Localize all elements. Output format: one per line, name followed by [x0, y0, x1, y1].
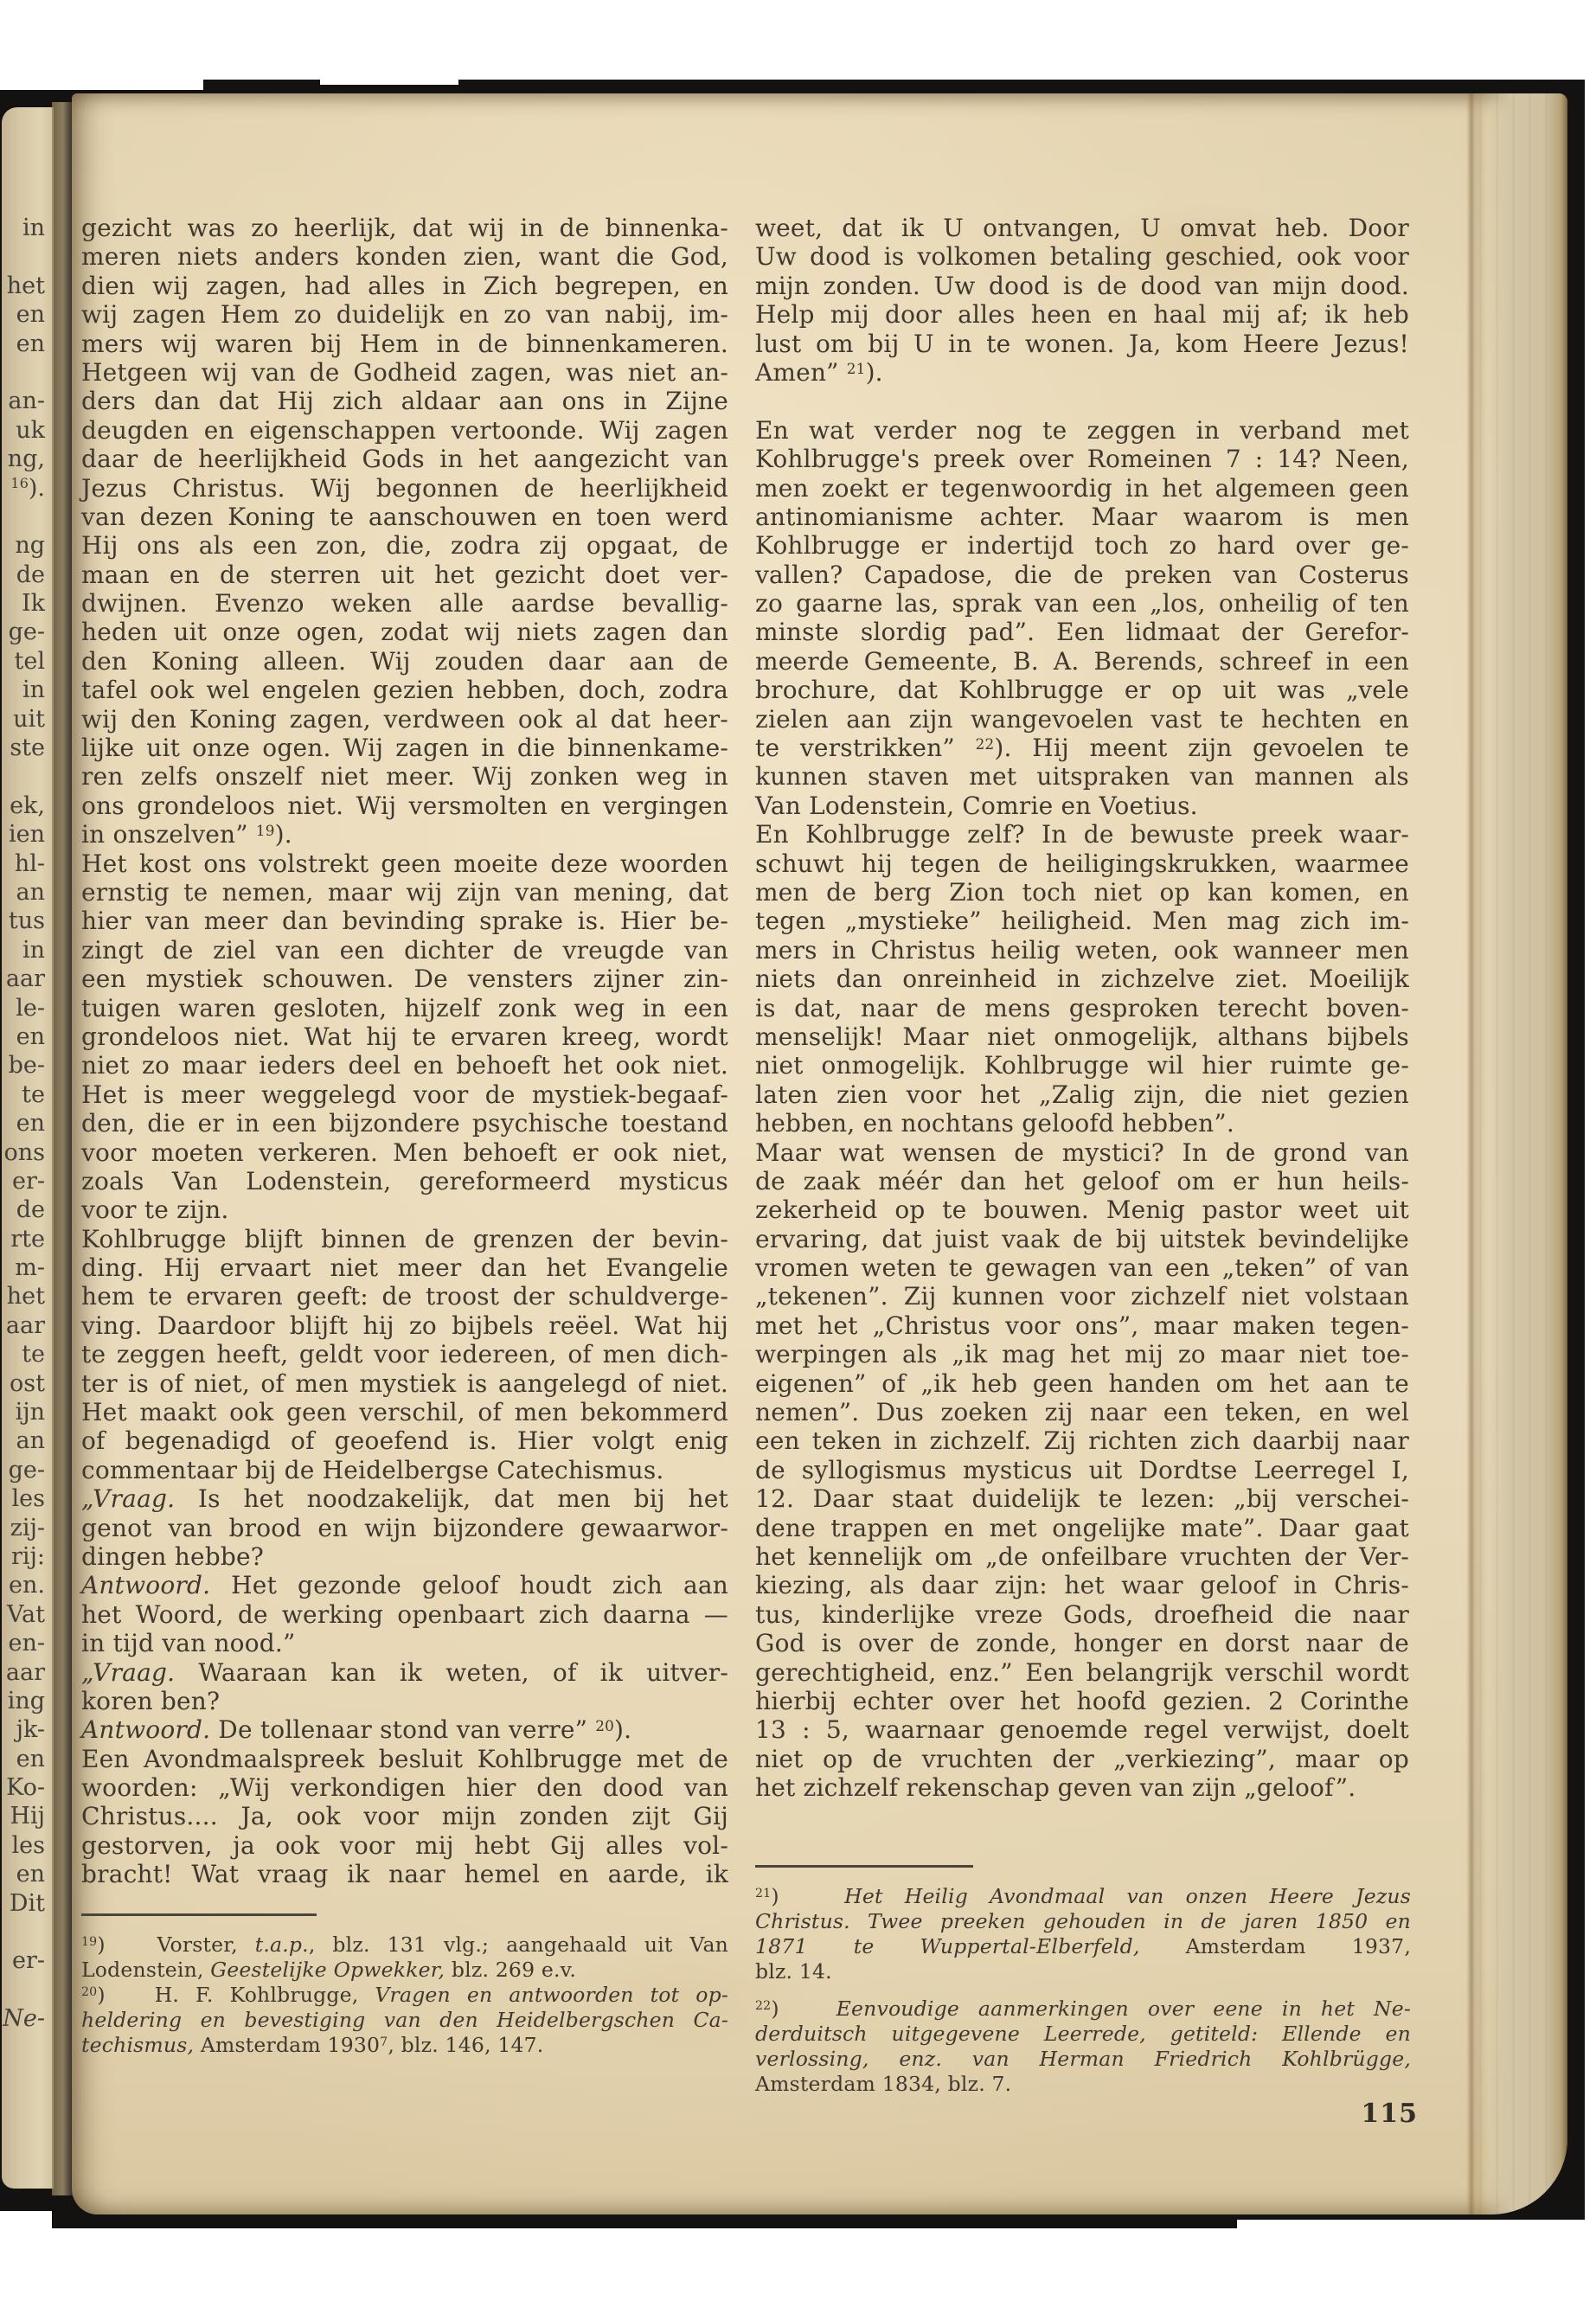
- text-line: ernstig te nemen, maar wij zijn van meni…: [81, 878, 728, 907]
- text-line: in onszelven” 19).: [81, 820, 728, 849]
- text-line: „Vraag. Waaraan kan ik weten, of ik uitv…: [81, 1658, 728, 1687]
- gutter-fragment: m-: [15, 1253, 48, 1282]
- gutter-fragment: en-: [9, 1629, 49, 1657]
- text-line: te zeggen heeft, geldt voor iedereen, of…: [81, 1340, 728, 1368]
- text-line: mers wij waren bij Hem in de binnenkamer…: [81, 330, 728, 358]
- text-line: voor te zijn.: [81, 1195, 728, 1224]
- text-line: Van Lodenstein, Comrie en Voetius.: [755, 792, 1409, 820]
- gutter-fragment: en: [16, 1860, 48, 1888]
- text-line: vallen? Capadose, die de preken van Cost…: [755, 561, 1409, 589]
- text-line: Het maakt ook geen verschil, of men beko…: [81, 1398, 728, 1426]
- footnote-line: Amsterdam 1834, blz. 7.: [755, 2072, 1411, 2097]
- text-line: in tijd van nood.”: [81, 1629, 728, 1657]
- text-line: Help mij door alles heen en haal mij af;…: [755, 300, 1409, 329]
- text-line: Antwoord. De tollenaar stond van verre” …: [81, 1715, 728, 1744]
- text-line: kiezing, als daar zijn: het waar geloof …: [755, 1571, 1409, 1599]
- text-line: woorden: „Wij verkondigen hier den dood …: [81, 1773, 728, 1802]
- footnote-line: Christus. Twee preeken gehouden in de ja…: [755, 1909, 1411, 1934]
- text-line: tus, kinderlijke vreze Gods, droefheid d…: [755, 1600, 1409, 1629]
- footnotes-right: 21) Het Heilig Avondmaal van onzen Heere…: [755, 1884, 1411, 2097]
- gutter-fragment: ng: [15, 531, 48, 560]
- text-line: kunnen staven met uitspraken van mannen …: [755, 762, 1409, 791]
- text-line: commentaar bij de Heidelbergse Catechism…: [81, 1456, 728, 1484]
- text-line: schuwt hij tegen de heiligingskrukken, w…: [755, 849, 1409, 878]
- gutter-fragment: [45, 503, 48, 531]
- gutter-fragment: en: [16, 300, 48, 329]
- text-line: [755, 387, 1409, 415]
- gutter-fragment: ons: [3, 1138, 48, 1167]
- text-line: ding. Hij ervaart niet meer dan het Evan…: [81, 1253, 728, 1282]
- text-line: 12. Daar staat duidelijk te lezen: „bij …: [755, 1484, 1409, 1513]
- gutter-fragment: tel: [15, 647, 48, 676]
- text-line: ders dan dat Hij zich aldaar aan ons in …: [81, 387, 728, 415]
- gutter-fragment: aar: [6, 1311, 48, 1340]
- scan-edge-step: [320, 80, 458, 85]
- text-line: gestorven, ja ook voor mij hebt Gij alle…: [81, 1831, 728, 1860]
- text-line: wij den Koning zagen, verdween ook al da…: [81, 705, 728, 734]
- gutter-fragment: [45, 762, 48, 791]
- text-line: Amen” 21).: [755, 358, 1409, 387]
- footnote-line: 1871 te Wuppertal-Elberfeld, Amsterdam 1…: [755, 1934, 1411, 1959]
- text-line: koren ben?: [81, 1687, 728, 1715]
- gutter-fragment: an-: [8, 387, 48, 415]
- text-line: genot van brood en wijn bijzondere gewaa…: [81, 1514, 728, 1542]
- gutter-fragment: hl-: [15, 849, 48, 878]
- gutter-fragment: [45, 242, 48, 271]
- text-line: menselijk! Maar niet onmogelijk, althans…: [755, 1022, 1409, 1051]
- text-line: niet op de vruchten der „verkiezing”, ma…: [755, 1745, 1409, 1773]
- text-line: „Vraag. Is het noodzakelijk, dat men bij…: [81, 1484, 728, 1513]
- text-line: Christus.... Ja, ook voor mijn zonden zi…: [81, 1802, 728, 1830]
- page-fore-edge: [1465, 93, 1567, 2214]
- text-line: ving. Daardoor blijft hij zo bijbels reë…: [81, 1311, 728, 1340]
- text-line: ervaring, dat juist vaak de bij uitstek …: [755, 1225, 1409, 1253]
- text-line: Antwoord. Het gezonde geloof houdt zich …: [81, 1571, 728, 1599]
- text-line: een teken in zichzelf. Zij richten zich …: [755, 1426, 1409, 1455]
- footnote-line: heldering en bevestiging van den Heidelb…: [81, 2008, 728, 2033]
- text-line: Uw dood is volkomen betaling geschied, o…: [755, 242, 1409, 271]
- text-line: hem te ervaren geeft: de troost der schu…: [81, 1282, 728, 1311]
- text-line: weet, dat ik U ontvangen, U omvat heb. D…: [755, 214, 1409, 242]
- text-line: lijke uit onze ogen. Wij zagen in die bi…: [81, 734, 728, 762]
- gutter-fragment: an: [16, 878, 49, 907]
- text-line: voor moeten verkeren. Men behoeft er ook…: [81, 1138, 728, 1167]
- text-line: tegen „mystieke” heiligheid. Men mag zic…: [755, 907, 1409, 935]
- gutter-fragment: aar: [6, 1658, 48, 1687]
- text-line: lust om bij U in te wonen. Ja, kom Heere…: [755, 330, 1409, 358]
- gutter-fragment: en.: [9, 1571, 48, 1599]
- text-line: daar de heerlijkheid Gods in het aangezi…: [81, 445, 728, 473]
- gutter-fragment: jk-: [16, 1715, 48, 1744]
- text-line: de syllogismus mysticus uit Dordtse Leer…: [755, 1456, 1409, 1484]
- text-line: mijn zonden. Uw dood is de dood van mijn…: [755, 272, 1409, 300]
- gutter-fragment: de: [16, 561, 48, 589]
- gutter-fragment: het: [7, 272, 48, 300]
- gutter-fragment: aar: [6, 965, 48, 993]
- text-line: Hij ons als een zon, die, zodra zij opga…: [81, 531, 728, 560]
- gutter-fragment: Ik: [22, 589, 48, 618]
- gutter-fragment: er-: [12, 1946, 48, 1975]
- gutter-fragment: [45, 358, 48, 387]
- text-line: niet zo maar ieders deel en behoeft het …: [81, 1051, 728, 1080]
- text-line: minste slordig pad”. Een lidmaat der Ger…: [755, 618, 1409, 646]
- text-line: Een Avondmaalspreek besluit Kohlbrugge m…: [81, 1745, 728, 1773]
- gutter-fragment: ijn: [16, 1398, 48, 1426]
- text-line: laten zien voor het „Zalig zijn, die nie…: [755, 1080, 1409, 1109]
- gutter-fragment: rij:: [11, 1542, 48, 1571]
- text-line: tuigen waren gesloten, hijzelf zonk weg …: [81, 994, 728, 1022]
- text-line: tafel ook wel engelen gezien hebben, doc…: [81, 676, 728, 704]
- footnote-line: 19) Vorster, t.a.p., blz. 131 vlg.; aang…: [81, 1932, 728, 1958]
- gutter-fragment: an: [16, 1426, 49, 1455]
- text-line: En Kohlbrugge zelf? In de bewuste preek …: [755, 820, 1409, 849]
- footnote-line: 21) Het Heilig Avondmaal van onzen Heere…: [755, 1884, 1411, 1909]
- gutter-fragment: ng,: [8, 445, 48, 473]
- text-line: men de berg Zion toch niet op kan komen,…: [755, 878, 1409, 907]
- footnotes-left: 19) Vorster, t.a.p., blz. 131 vlg.; aang…: [81, 1932, 728, 2058]
- text-line: bracht! Wat vraag ik naar hemel en aarde…: [81, 1860, 728, 1888]
- gutter-fragment: de: [16, 1195, 48, 1224]
- gutter-fragment: in: [22, 676, 48, 704]
- footnote-rule-right: [755, 1865, 973, 1868]
- gutter-fragment: Ne-: [3, 2004, 48, 2033]
- text-line: grondeloos niet. Wat hij te ervaren kree…: [81, 1022, 728, 1051]
- text-line: van dezen Koning te aanschouwen en toen …: [81, 503, 728, 531]
- text-line: dwijnen. Evenzo weken alle aardse bevall…: [81, 589, 728, 618]
- text-line: heden uit onze ogen, zodat wij niets zag…: [81, 618, 728, 646]
- gutter-fragment: zij-: [10, 1514, 48, 1542]
- text-line: meerde Gemeente, B. A. Berends, schreef …: [755, 647, 1409, 676]
- text-line: met het „Christus voor ons”, maar maken …: [755, 1311, 1409, 1340]
- text-line: Kohlbrugge's preek over Romeinen 7 : 14?…: [755, 445, 1409, 473]
- gutter-fragment: ste: [10, 734, 48, 762]
- gutter-fragment: en: [16, 1022, 48, 1051]
- right-text-column: weet, dat ik U ontvangen, U omvat heb. D…: [755, 214, 1409, 1802]
- gutter-fragment: uk: [16, 416, 48, 445]
- footnote-line: 20) H. F. Kohlbrugge, Vragen en antwoord…: [81, 1983, 728, 2008]
- gutter-fragment: Hij: [10, 1802, 48, 1830]
- text-line: is dat, naar de mens gesproken terecht b…: [755, 994, 1409, 1022]
- screenshot-root: { "page_number": "115", "gutter_fragment…: [0, 0, 1596, 2301]
- text-line: werpingen als „ik mag het mij zo maar ni…: [755, 1340, 1409, 1368]
- gutter-fragment: be-: [9, 1051, 48, 1080]
- text-line: antinomianisme achter. Maar waarom is me…: [755, 503, 1409, 531]
- text-line: hier van meer dan bevinding sprake is. H…: [81, 907, 728, 935]
- footnote-line: blz. 14.: [755, 1959, 1411, 1984]
- text-line: En wat verder nog te zeggen in verband m…: [755, 416, 1409, 445]
- gutter-fragment: ge-: [9, 1456, 48, 1484]
- footnote-line: derduitsch uitgegevene Leerrede, getitel…: [755, 2022, 1411, 2047]
- text-line: hierbij echter over het hoofd gezien. 2 …: [755, 1687, 1409, 1715]
- text-line: dene trappen en met ongelijke mate”. Daa…: [755, 1514, 1409, 1542]
- text-line: Kohlbrugge er indertijd toch zo hard ove…: [755, 531, 1409, 560]
- gutter-fragment: er-: [12, 1167, 48, 1195]
- text-line: den, die er in een bijzondere psychische…: [81, 1109, 728, 1138]
- text-line: wij zagen Hem zo duidelijk en zo van nab…: [81, 300, 728, 329]
- gutter-fragment: en: [16, 1745, 48, 1773]
- scan-edge-step: [1237, 2220, 1585, 2228]
- footnote-line: Lodenstein, Geestelijke Opwekker, blz. 2…: [81, 1958, 728, 1983]
- text-line: zielen aan zijn wangevoelen vast te hech…: [755, 705, 1409, 734]
- footnote-line: [755, 1984, 1411, 1997]
- text-line: brochure, dat Kohlbrugge er op uit was „…: [755, 676, 1409, 704]
- text-line: het kennelijk om „de onfeilbare vruchten…: [755, 1542, 1409, 1571]
- text-line: den Koning alleen. Wij zouden daar aan d…: [81, 647, 728, 676]
- gutter-fragment: ge-: [9, 618, 48, 646]
- gutter-fragment: les: [12, 1831, 48, 1860]
- text-line: meren niets anders konden zien, want die…: [81, 242, 728, 271]
- text-line: dingen hebbe?: [81, 1542, 728, 1571]
- footnote-line: 22) Eenvoudige aanmerkingen over eene in…: [755, 1997, 1411, 2022]
- text-line: 13 : 5, waarnaar genoemde regel verwijst…: [755, 1715, 1409, 1744]
- text-line: God is over de zonde, honger en dorst na…: [755, 1629, 1409, 1657]
- gutter-fragment: [45, 1918, 48, 1946]
- gutter-fragment: ien: [9, 820, 48, 849]
- page-number: 115: [755, 2099, 1418, 2129]
- gutter-fragment: in: [22, 936, 48, 965]
- text-line: mers in Christus heilig weten, ook wanne…: [755, 936, 1409, 965]
- text-line: het Woord, de werking openbaart zich daa…: [81, 1600, 728, 1629]
- gutter-fragment: het: [7, 1282, 48, 1311]
- text-line: een mystiek schouwen. De vensters zijner…: [81, 965, 728, 993]
- gutter-fragment: ek,: [10, 792, 48, 820]
- text-line: ren zelfs onszelf niet meer. Wij zonken …: [81, 762, 728, 791]
- gutter-text-fragments: inhetenenan-ukng,16).ngdeIkge-telinuitst…: [2, 214, 48, 2034]
- text-line: te verstrikken” 22). Hij meent zijn gevo…: [755, 734, 1409, 762]
- scan-edge-step: [0, 80, 203, 90]
- gutter-fragment: Ko-: [6, 1773, 48, 1802]
- text-line: zekerheid op te bouwen. Menig pastor wee…: [755, 1195, 1409, 1224]
- text-line: niet onmogelijk. Kohlbrugge wil hier rui…: [755, 1051, 1409, 1080]
- gutter-fragment: en: [16, 330, 48, 358]
- footnote-line: techismus, Amsterdam 19307, blz. 146, 14…: [81, 2033, 728, 2058]
- text-line: gerechtigheid, enz.” Een belangrijk vers…: [755, 1658, 1409, 1687]
- text-line: Jezus Christus. Wij begonnen de heerlijk…: [81, 474, 728, 503]
- text-line: Het is meer weggelegd voor de mystiek-be…: [81, 1080, 728, 1109]
- text-line: Kohlbrugge blijft binnen de grenzen der …: [81, 1225, 728, 1253]
- gutter-fragment: Dit: [10, 1889, 48, 1918]
- gutter-fragment: 16).: [10, 474, 48, 503]
- text-line: dien wij zagen, had alles in Zich begrep…: [81, 272, 728, 300]
- text-line: maan en de sterren uit het gezicht doet …: [81, 561, 728, 589]
- gutter-fragment: te: [22, 1340, 48, 1368]
- text-line: ons grondeloos niet. Wij versmolten en v…: [81, 792, 728, 820]
- text-line: men zoekt er tegenwoordig in het algemee…: [755, 474, 1409, 503]
- text-line: zoals Van Lodenstein, gereformeerd mysti…: [81, 1167, 728, 1195]
- scan-edge-step: [0, 2211, 52, 2228]
- gutter-fragment: tus: [9, 907, 48, 935]
- page-fore-edge-crease: [1467, 93, 1474, 2214]
- text-line: het zichzelf rekenschap geven van zijn „…: [755, 1773, 1409, 1802]
- text-line: ter is of niet, of men mystiek is aangel…: [81, 1369, 728, 1398]
- text-line: hebben, en nochtans geloofd hebben”.: [755, 1109, 1409, 1138]
- book-page: gezicht was zo heerlijk, dat wij in de b…: [72, 93, 1567, 2214]
- text-line: zo gaarne las, sprak van een „los, onhei…: [755, 589, 1409, 618]
- text-line: of begenadigd of geoefend is. Hier volgt…: [81, 1426, 728, 1455]
- text-line: niets dan onreinheid in zichzelve ziet. …: [755, 965, 1409, 993]
- gutter-fragment: ing: [8, 1687, 48, 1715]
- text-line: zingt de ziel van een dichter de vreugde…: [81, 936, 728, 965]
- gutter-fragment: Vat: [7, 1600, 48, 1629]
- gutter-fragment: le-: [16, 994, 48, 1022]
- left-text-column: gezicht was zo heerlijk, dat wij in de b…: [81, 214, 728, 1889]
- gutter-fragment: uit: [13, 705, 48, 734]
- text-line: eigenen” of „ik heb geen handen om het a…: [755, 1369, 1409, 1398]
- gutter-fragment: ost: [10, 1369, 48, 1398]
- text-line: vromen weten te gewagen van een „teken” …: [755, 1253, 1409, 1282]
- text-line: de zaak méér dan het geloof om er hun he…: [755, 1167, 1409, 1195]
- text-line: Hetgeen wij van de Godheid zagen, was ni…: [81, 358, 728, 387]
- gutter-fragment: [45, 1976, 48, 2004]
- text-line: Maar wat wensen de mystici? In de grond …: [755, 1138, 1409, 1167]
- text-line: nemen”. Dus zoeken zij naar een teken, e…: [755, 1398, 1409, 1426]
- text-line: gezicht was zo heerlijk, dat wij in de b…: [81, 214, 728, 242]
- gutter-fragment: rte: [10, 1225, 48, 1253]
- text-line: „tekenen”. Zij kunnen voor zichzelf niet…: [755, 1282, 1409, 1311]
- gutter-fragment: en: [16, 1109, 48, 1138]
- text-line: Het kost ons volstrekt geen moeite deze …: [81, 849, 728, 878]
- gutter-fragment: les: [12, 1484, 48, 1513]
- gutter-fragment: in: [22, 214, 48, 242]
- footnote-line: verlossing, enz. van Herman Friedrich Ko…: [755, 2047, 1411, 2072]
- text-line: deugden en eigenschappen vertoonde. Wij …: [81, 416, 728, 445]
- footnote-rule-left: [81, 1913, 317, 1916]
- gutter-fragment: te: [22, 1080, 48, 1109]
